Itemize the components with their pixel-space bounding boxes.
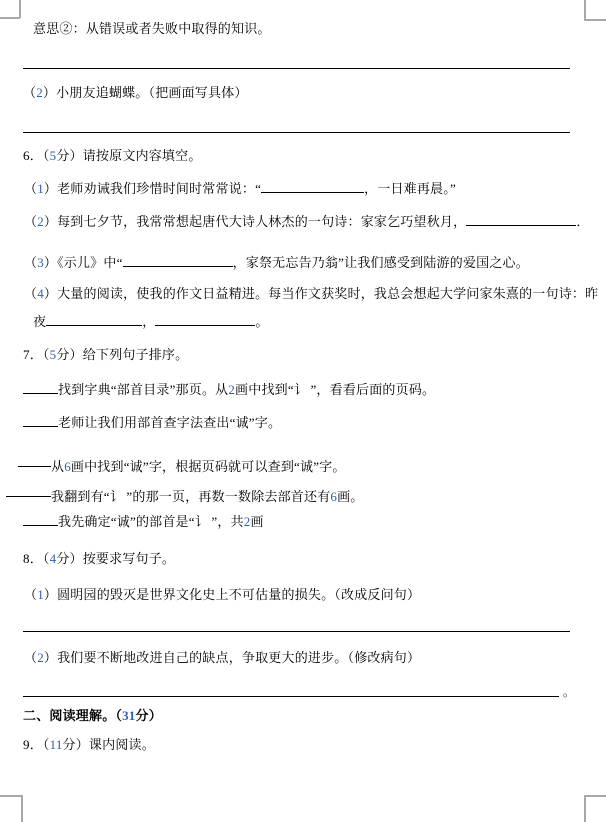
question5-item2-text: （2）小朋友追蝴蝶。（把画面写具体） (23, 85, 248, 100)
question6-item4-line1-text: （4）大量的阅读，使我的作文日益精进。每当作文获奖时，我总会想起大学问家朱熹的一… (24, 286, 598, 301)
section2-heading: 二、阅读理解。（31分） (23, 708, 162, 724)
question7-title: 7．（5分）给下列句子排序。 (23, 347, 188, 363)
question6-item3-post: ，家祭无忘告乃翁”让我们感受到陆游的爱国之心。 (233, 255, 529, 270)
answer-line-period-text: 。 (563, 685, 575, 699)
ordering-blank (23, 423, 58, 427)
question9-title-text: （11分）课内阅读。 (43, 737, 155, 752)
answer-line (23, 132, 570, 133)
question6-title-text: （5分）请按原文内容填空。 (43, 148, 202, 163)
fill-in-blank (466, 222, 576, 226)
crop-mark-top-right-vertical-icon (584, 0, 586, 20)
question6-item4-line2-post: 。 (255, 314, 268, 329)
crop-mark-bottom-right-vertical-icon (584, 795, 586, 822)
crop-mark-top-left-vertical-icon (19, 0, 21, 18)
question7-item4-text: 我翻到有“讠 ”的那一页，再数一数除去部首还有6画。 (51, 489, 364, 504)
question6-item4-line1: （4）大量的阅读，使我的作文日益精进。每当作文获奖时，我总会想起大学问家朱熹的一… (24, 286, 598, 302)
crop-mark-bottom-left-horizontal-icon (0, 795, 22, 797)
question6-item4-line2: 夜，。 (33, 314, 269, 330)
fill-in-blank (261, 189, 364, 193)
ordering-blank (6, 496, 51, 497)
question8-number: 8． (23, 551, 43, 566)
question8-title: 8．（4分）按要求写句子。 (23, 551, 175, 567)
crop-mark-top-right-horizontal-icon (584, 19, 606, 21)
question8-item1: （1）圆明园的毁灭是世界文化史上不可估量的损失。（改成反问句） (24, 587, 420, 603)
question7-title-text: （5分）给下列句子排序。 (43, 347, 188, 362)
question8-item2: （2）我们要不断地改进自己的缺点，争取更大的进步。（修改病句） (24, 650, 420, 666)
question6-item4-line2-pre: 夜 (33, 314, 46, 329)
fill-in-blank (155, 322, 255, 326)
meaning-note-text: 意思②：从错误或者失败中取得的知识。 (33, 21, 271, 36)
question7-item1: 找到字典“部首目录”那页。从2画中找到“讠 ”，看看后面的页码。 (23, 382, 435, 398)
question7-item3-text: 从6画中找到“诚”字，根据页码就可以查到“诚”字。 (51, 459, 346, 474)
question7-item5-text: 我先确定“诚”的部首是“讠 ”，共2画 (58, 514, 264, 529)
ordering-blank (23, 522, 58, 526)
question6-item3: （3）《示儿》中“，家祭无忘告乃翁”让我们感受到陆游的爱国之心。 (24, 255, 529, 271)
answer-line-period: 。 (563, 684, 575, 700)
section2-heading-text: 二、阅读理解。（31分） (23, 708, 162, 723)
question6-number: 6． (23, 148, 43, 163)
exam-document-page: 意思②：从错误或者失败中取得的知识。 （2）小朋友追蝴蝶。（把画面写具体） 6．… (0, 0, 606, 822)
question6-item2-pre: （2）每到七夕节，我常常想起唐代大诗人林杰的一句诗：家家乞巧望秋月， (24, 214, 466, 229)
question8-title-text: （4分）按要求写句子。 (43, 551, 175, 566)
answer-line (23, 696, 559, 697)
question7-item2-text: 老师让我们用部首查字法查出“诚”字。 (58, 415, 281, 430)
question6-item3-pre: （3）《示儿》中“ (24, 255, 123, 270)
question8-item1-text: （1）圆明园的毁灭是世界文化史上不可估量的损失。（改成反问句） (24, 587, 420, 602)
crop-mark-top-left-horizontal-icon (0, 17, 20, 19)
question6-title: 6．（5分）请按原文内容填空。 (23, 148, 202, 164)
question8-item2-text: （2）我们要不断地改进自己的缺点，争取更大的进步。（修改病句） (24, 650, 420, 665)
question6-item2-post: ． (576, 214, 589, 229)
question7-item3: 从6画中找到“诚”字，根据页码就可以查到“诚”字。 (18, 459, 346, 475)
question7-item2: 老师让我们用部首查字法查出“诚”字。 (23, 415, 281, 431)
question7-item5: 我先确定“诚”的部首是“讠 ”，共2画 (23, 514, 264, 530)
answer-line (23, 631, 570, 632)
ordering-blank (23, 390, 58, 394)
question6-item1: （1）老师劝诫我们珍惜时间时常常说：“，一日难再晨。” (24, 181, 456, 197)
question6-item1-pre: （1）老师劝诫我们珍惜时间时常常说：“ (24, 181, 261, 196)
question9-title: 9．（11分）课内阅读。 (23, 737, 155, 753)
fill-in-blank (46, 322, 142, 326)
crop-mark-bottom-left-vertical-icon (21, 795, 23, 822)
question9-number: 9． (23, 737, 43, 752)
crop-mark-bottom-right-horizontal-icon (584, 795, 606, 797)
question6-item2: （2）每到七夕节，我常常想起唐代大诗人林杰的一句诗：家家乞巧望秋月，． (24, 214, 590, 230)
ordering-blank (18, 466, 51, 467)
question6-item4-line2-mid: ， (142, 314, 155, 329)
question6-item1-post: ，一日难再晨。” (364, 181, 456, 196)
fill-in-blank (123, 263, 233, 267)
question7-number: 7． (23, 347, 43, 362)
question7-item1-text: 找到字典“部首目录”那页。从2画中找到“讠 ”，看看后面的页码。 (58, 382, 435, 397)
question5-item2: （2）小朋友追蝴蝶。（把画面写具体） (23, 85, 248, 101)
question7-item4: 我翻到有“讠 ”的那一页，再数一数除去部首还有6画。 (6, 489, 364, 505)
meaning-note: 意思②：从错误或者失败中取得的知识。 (33, 21, 271, 37)
answer-line (23, 68, 570, 69)
